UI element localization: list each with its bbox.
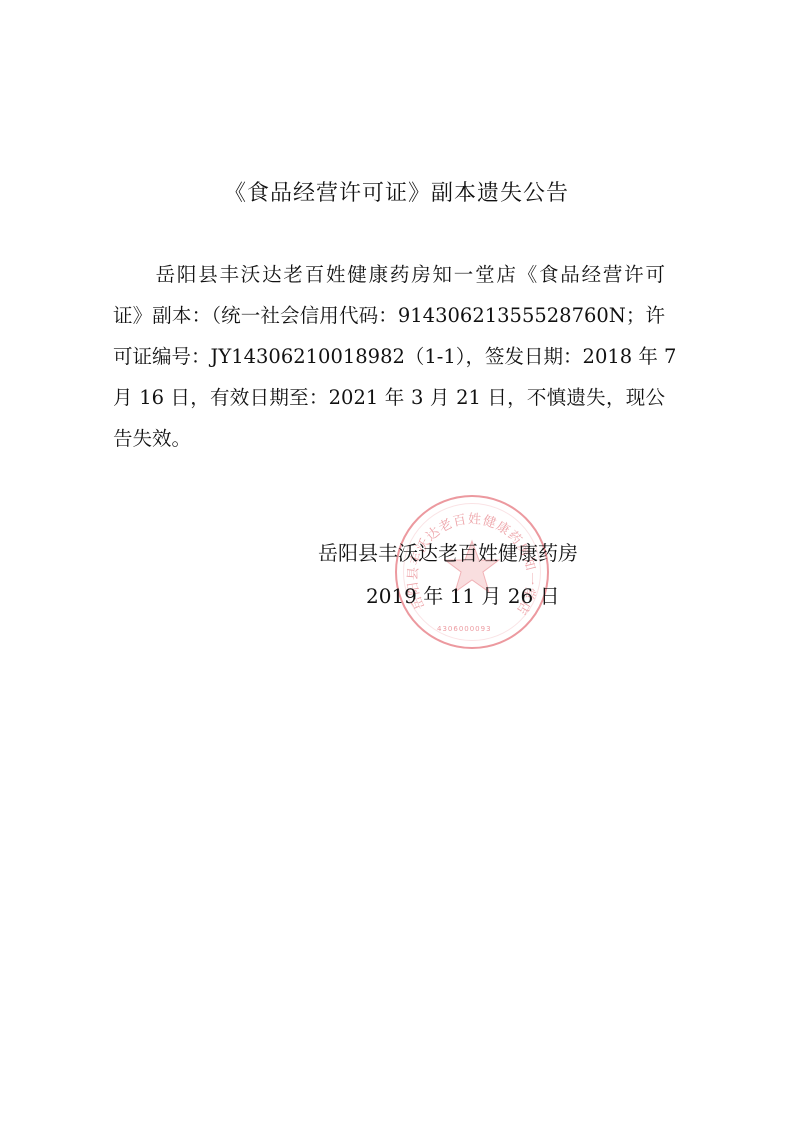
seal-code: 4306000093 <box>437 625 492 633</box>
notice-body: 岳阳县丰沃达老百姓健康药房知一堂店《食品经营许可 证》副本：（统一社会信用代码：… <box>113 254 665 459</box>
body-line-2: 证》副本：（统一社会信用代码：91430621355528760N；许 <box>113 295 665 336</box>
official-seal-stamp: 岳阳县丰沃达老百姓健康药房知一堂店 4306000093 <box>395 495 549 649</box>
document-title: 《食品经营许可证》副本遗失公告 <box>0 176 793 207</box>
signature-date: 2019 年 11 月 26 日 <box>366 580 560 609</box>
body-line-4: 月 16 日，有效日期至：2021 年 3 月 21 日，不慎遗失，现公 <box>113 377 665 418</box>
body-line-5: 告失效。 <box>113 418 665 459</box>
signature-organization: 岳阳县丰沃达老百姓健康药房 <box>318 537 578 566</box>
body-line-3: 可证编号：JY14306210018982（1-1），签发日期：2018 年 7 <box>113 336 665 377</box>
body-line-1: 岳阳县丰沃达老百姓健康药房知一堂店《食品经营许可 <box>113 254 665 295</box>
